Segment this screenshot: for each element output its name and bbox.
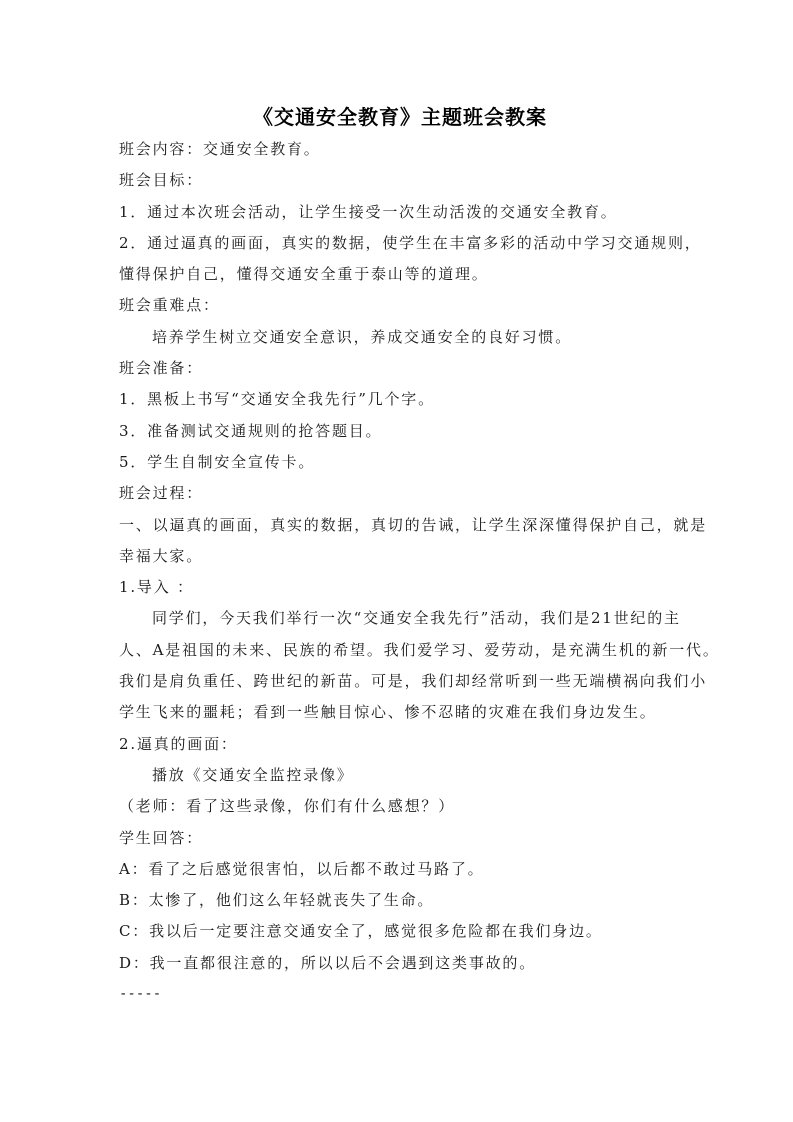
teacher-question: （老师：看了这些录像，你们有什么感想？）	[119, 791, 681, 822]
goal-item-2: 2．通过逼真的画面，真实的数据，使学生在丰富多彩的活动中学习交通规则，	[119, 228, 681, 259]
preparation-heading: 班会准备：	[119, 353, 681, 384]
document-title: 《交通安全教育》主题班会教案	[119, 102, 681, 132]
intro-heading: 1.导入 ：	[119, 572, 681, 603]
student-answer-c: C：我以后一定要注意交通安全了，感觉很多危险都在我们身边。	[119, 916, 681, 947]
document-page: 《交通安全教育》主题班会教案 班会内容：交通安全教育。 班会目标： 1．通过本次…	[119, 102, 681, 1010]
realistic-scenes-heading: 2.逼真的画面：	[119, 729, 681, 760]
student-answer-b: B：太惨了，他们这么年轻就丧失了生命。	[119, 885, 681, 916]
key-points-text: 培养学生树立交通安全意识，养成交通安全的良好习惯。	[119, 322, 681, 353]
key-points-heading: 班会重难点：	[119, 290, 681, 321]
play-video-line: 播放《交通安全监控录像》	[119, 760, 681, 791]
class-content-line: 班会内容：交通安全教育。	[119, 134, 681, 165]
trailing-dash-rule: -----	[119, 979, 681, 1010]
process-section-1: 一、以逼真的画面，真实的数据，真切的告诫，让学生深深懂得保护自己，就是	[119, 510, 681, 541]
intro-paragraph-line-3: 我们是肩负重任、跨世纪的新苗。可是，我们却经常听到一些无端横祸向我们小	[119, 666, 681, 697]
student-answer-a: A：看了之后感觉很害怕，以后都不敢过马路了。	[119, 854, 681, 885]
intro-paragraph-line-2: 人、A是祖国的未来、民族的希望。我们爱学习、爱劳动，是充满生机的新一代。	[119, 635, 681, 666]
intro-paragraph-line-1: 同学们，今天我们举行一次“交通安全我先行”活动，我们是21世纪的主	[119, 603, 681, 634]
student-answers-heading: 学生回答：	[119, 823, 681, 854]
goal-item-2-continued: 懂得保护自己，懂得交通安全重于泰山等的道理。	[119, 259, 681, 290]
intro-paragraph-line-4: 学生飞来的噩耗；看到一些触目惊心、惨不忍睹的灾难在我们身边发生。	[119, 697, 681, 728]
process-section-1-continued: 幸福大家。	[119, 541, 681, 572]
preparation-item-5: 5．学生自制安全宣传卡。	[119, 447, 681, 478]
process-heading: 班会过程：	[119, 478, 681, 509]
preparation-item-3: 3．准备测试交通规则的抢答题目。	[119, 416, 681, 447]
preparation-item-1: 1．黑板上书写“交通安全我先行”几个字。	[119, 384, 681, 415]
student-answer-d: D：我一直都很注意的，所以以后不会遇到这类事故的。	[119, 948, 681, 979]
class-goals-heading: 班会目标：	[119, 165, 681, 196]
goal-item-1: 1．通过本次班会活动，让学生接受一次生动活泼的交通安全教育。	[119, 197, 681, 228]
